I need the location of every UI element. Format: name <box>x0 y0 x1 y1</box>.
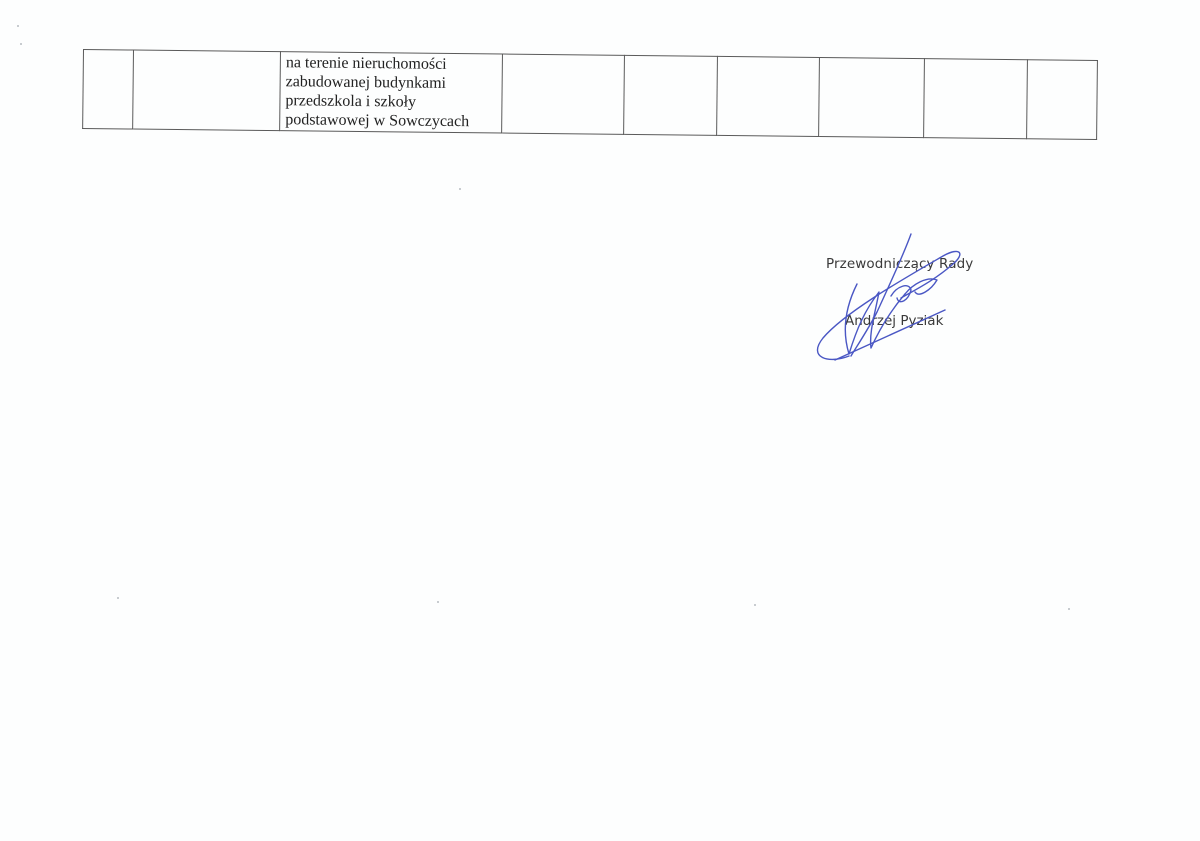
scan-speck <box>20 43 22 45</box>
scan-speck <box>754 604 756 606</box>
cell-col-8 <box>924 59 1028 139</box>
document-table: na terenie nieruchomości zabudowanej bud… <box>82 49 1097 140</box>
cell-description: na terenie nieruchomości zabudowanej bud… <box>280 52 503 133</box>
cell-col-6 <box>717 56 820 136</box>
description-text: na terenie nieruchomości zabudowanej bud… <box>280 52 502 131</box>
table-continuation: na terenie nieruchomości zabudowanej bud… <box>82 49 1098 140</box>
handwritten-signature-icon <box>805 228 965 373</box>
cell-col-5 <box>624 55 718 135</box>
scan-speck <box>1068 608 1070 610</box>
scanned-document-page: na terenie nieruchomości zabudowanej bud… <box>0 0 1200 841</box>
scan-speck <box>17 25 19 27</box>
cell-col-9 <box>1027 60 1098 140</box>
cell-col-4 <box>502 54 625 134</box>
table-row: na terenie nieruchomości zabudowanej bud… <box>83 50 1098 140</box>
cell-lp <box>83 50 134 130</box>
scan-speck <box>437 601 439 603</box>
cell-col-7 <box>819 57 925 137</box>
scan-speck <box>117 597 119 599</box>
scan-speck <box>459 188 461 190</box>
cell-col-2 <box>133 50 281 131</box>
